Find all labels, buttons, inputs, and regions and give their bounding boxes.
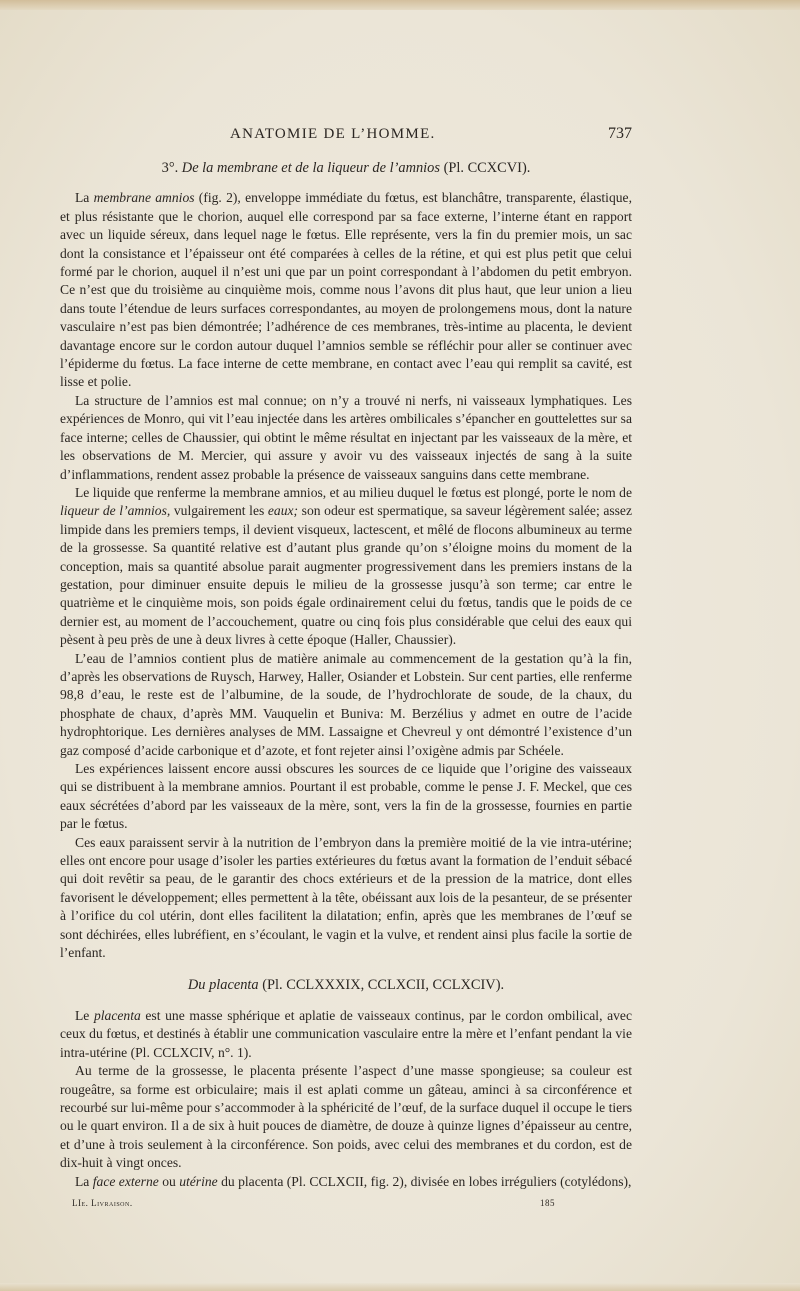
subsection-title: Du placenta (Pl. CCLXXXIX, CCLXCII, CCLX…: [60, 976, 632, 994]
paragraph: Ces eaux paraissent servir à la nutritio…: [60, 834, 632, 963]
text-run: La: [75, 1174, 93, 1189]
text-run: Le liquide que renferme la membrane amni…: [75, 485, 632, 500]
text-run: Les expériences laissent encore aussi ob…: [60, 761, 632, 831]
section-title-ref: (Pl. CCXCVI).: [444, 160, 531, 176]
running-head: ANATOMIE DE L’HOMME. 737: [60, 125, 632, 147]
page-number: 737: [608, 125, 632, 143]
signature-mark: LIe. Livraison.: [72, 1194, 133, 1212]
text-run: est une masse sphérique et aplatie de va…: [60, 1008, 632, 1060]
text-run: Le: [75, 1008, 94, 1023]
text-run: du placenta (Pl. CCLXCII, fig. 2), divis…: [218, 1174, 632, 1189]
paragraph: Le liquide que renferme la membrane amni…: [60, 484, 632, 650]
text-run: vulgairement les: [170, 503, 268, 518]
italic-term: liqueur de l’amnios,: [60, 503, 170, 518]
section-number: 3°.: [162, 160, 179, 176]
text-block: ANATOMIE DE L’HOMME. 737 3°. De la membr…: [60, 125, 632, 1210]
subsection-title-italic: Du placenta: [188, 977, 259, 993]
paragraph: L’eau de l’amnios contient plus de matiè…: [60, 650, 632, 760]
text-run: La structure de l’amnios est mal connue;…: [60, 393, 632, 482]
paragraph: La membrane amnios (fig. 2), enveloppe i…: [60, 189, 632, 391]
sheet-number: 185: [540, 1194, 555, 1212]
paper-stain-bottom: [0, 1283, 800, 1291]
text-run: L’eau de l’amnios contient plus de matiè…: [60, 651, 632, 758]
running-title: ANATOMIE DE L’HOMME.: [230, 125, 436, 143]
paragraph: Au terme de la grossesse, le placenta pr…: [60, 1062, 632, 1172]
italic-term: face externe: [93, 1174, 159, 1189]
italic-term: utérine: [179, 1174, 218, 1189]
italic-term: placenta: [94, 1008, 141, 1023]
text-run: son odeur est spermatique, sa saveur lég…: [60, 503, 632, 647]
text-run: La: [75, 190, 94, 205]
subsection-title-ref: (Pl. CCLXXXIX, CCLXCII, CCLXCIV).: [262, 977, 504, 993]
text-run: Au terme de la grossesse, le placenta pr…: [60, 1063, 632, 1170]
paragraph: Le placenta est une masse sphérique et a…: [60, 1007, 632, 1062]
page-footer: LIe. Livraison. 185: [60, 1194, 632, 1210]
text-run: ou: [159, 1174, 179, 1189]
text-run: (fig. 2), enveloppe immédiate du fœtus, …: [60, 190, 632, 389]
section-title: 3°. De la membrane et de la liqueur de l…: [60, 159, 632, 177]
paragraph: Les expériences laissent encore aussi ob…: [60, 760, 632, 834]
italic-term: eaux;: [268, 503, 298, 518]
text-run: Ces eaux paraissent servir à la nutritio…: [60, 835, 632, 960]
paragraph: La face externe ou utérine du placenta (…: [60, 1173, 632, 1191]
paragraph: La structure de l’amnios est mal connue;…: [60, 392, 632, 484]
document-page: ANATOMIE DE L’HOMME. 737 3°. De la membr…: [0, 0, 800, 1291]
placenta-paragraphs: Le placenta est une masse sphérique et a…: [60, 1007, 632, 1191]
amnios-paragraphs: La membrane amnios (fig. 2), enveloppe i…: [60, 189, 632, 962]
italic-term: membrane amnios: [94, 190, 195, 205]
paper-stain-top: [0, 0, 800, 10]
section-title-italic: De la membrane et de la liqueur de l’amn…: [182, 160, 440, 176]
